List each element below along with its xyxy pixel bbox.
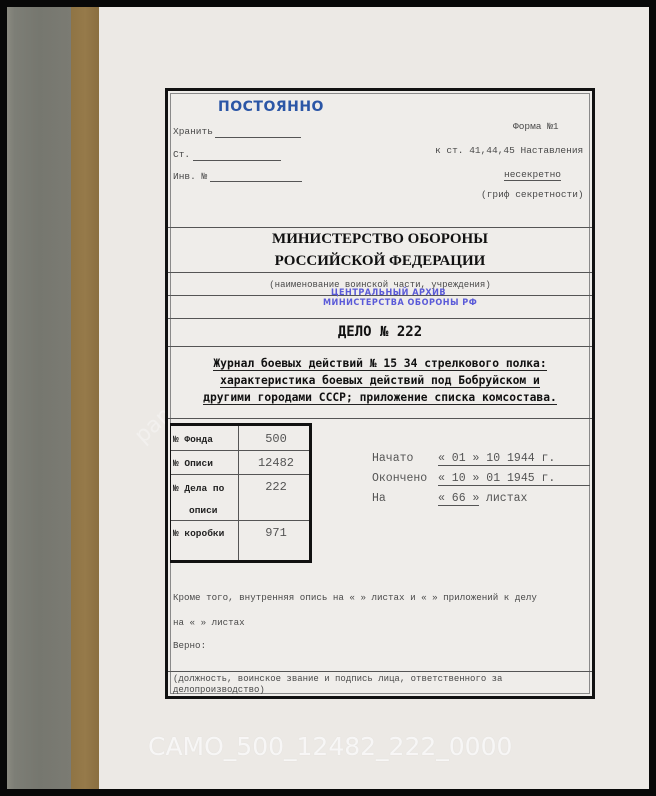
description-line-2: характеристика боевых действий под Бобру… <box>168 374 592 387</box>
started-value: « 01 » 10 1944 г. <box>438 452 590 466</box>
box-value: 971 <box>241 526 311 540</box>
description-line-3: другими городами СССР; приложение списка… <box>168 391 592 404</box>
opis-value: 12482 <box>241 456 311 470</box>
article-label: Ст. <box>173 149 190 160</box>
ended-label: Окончено <box>372 472 427 485</box>
sheets-label: На <box>372 492 386 505</box>
archive-stamp-line-2: МИНИСТЕРСТВА ОБОРОНЫ РФ <box>323 298 477 308</box>
table-row-divider <box>171 450 309 451</box>
signature-caption-2: делопроизводство) <box>173 685 265 695</box>
delo-value: 222 <box>241 480 311 494</box>
inventory-underline <box>210 181 302 182</box>
case-title: ДЕЛО № 222 <box>168 324 592 340</box>
permanent-stamp: ПОСТОЯННО <box>218 99 324 115</box>
article-underline <box>193 160 281 161</box>
fond-label: № Фонда <box>173 434 213 445</box>
ministry-line-1: МИНИСТЕРСТВО ОБОРОНЫ <box>168 231 592 248</box>
certified-label: Верно: <box>173 640 206 651</box>
started-label: Начато <box>372 452 413 465</box>
divider <box>168 227 592 228</box>
reference-text: к ст. 41,44,45 Наставления <box>435 145 583 156</box>
ended-value: « 10 » 01 1945 г. <box>438 472 590 486</box>
sheets-value: « 66 » <box>438 492 479 506</box>
case-cover-form: ПОСТОЯННО Хранить Ст. Инв. № Форма №1 к … <box>165 88 595 699</box>
archive-id-watermark: CAMO_500_12482_222_0000 <box>148 732 512 761</box>
divider <box>168 418 592 419</box>
table-row-divider <box>171 474 309 475</box>
archive-stamp-line-1: ЦЕНТРАЛЬНЫЙ АРХИВ <box>331 288 446 298</box>
folder-spine-tape <box>71 7 99 789</box>
sheets-suffix: листах <box>486 492 527 505</box>
folder-spine-gray <box>7 7 71 789</box>
inventory-label: Инв. № <box>173 171 207 182</box>
fond-value: 500 <box>241 432 311 446</box>
classification-caption: (гриф секретности) <box>481 189 584 200</box>
archive-number-table: № Фонда 500 № Описи 12482 № Дела по опис… <box>170 423 312 563</box>
signature-caption-1: (должность, воинское звание и подпись ли… <box>173 674 502 684</box>
table-column-divider <box>238 426 239 560</box>
table-row-divider <box>171 520 309 521</box>
divider <box>168 272 592 273</box>
additional-inventory-line-2: на « » листах <box>173 617 245 628</box>
keep-label: Хранить <box>173 126 213 137</box>
delo-label-2: описи <box>189 505 218 516</box>
signature-line <box>168 671 592 672</box>
ministry-line-2: РОССИЙСКОЙ ФЕДЕРАЦИИ <box>168 253 592 270</box>
opis-label: № Описи <box>173 458 213 469</box>
divider <box>168 318 592 319</box>
form-number: Форма №1 <box>513 121 559 132</box>
classification-value: несекретно <box>504 169 561 181</box>
divider <box>168 346 592 347</box>
delo-label: № Дела по <box>173 483 224 494</box>
description-line-1: Журнал боевых действий № 15 34 стрелково… <box>168 357 592 370</box>
box-label: № коробки <box>173 528 224 539</box>
keep-underline <box>215 137 301 138</box>
additional-inventory-line-1: Кроме того, внутренняя опись на « » лист… <box>173 592 537 603</box>
